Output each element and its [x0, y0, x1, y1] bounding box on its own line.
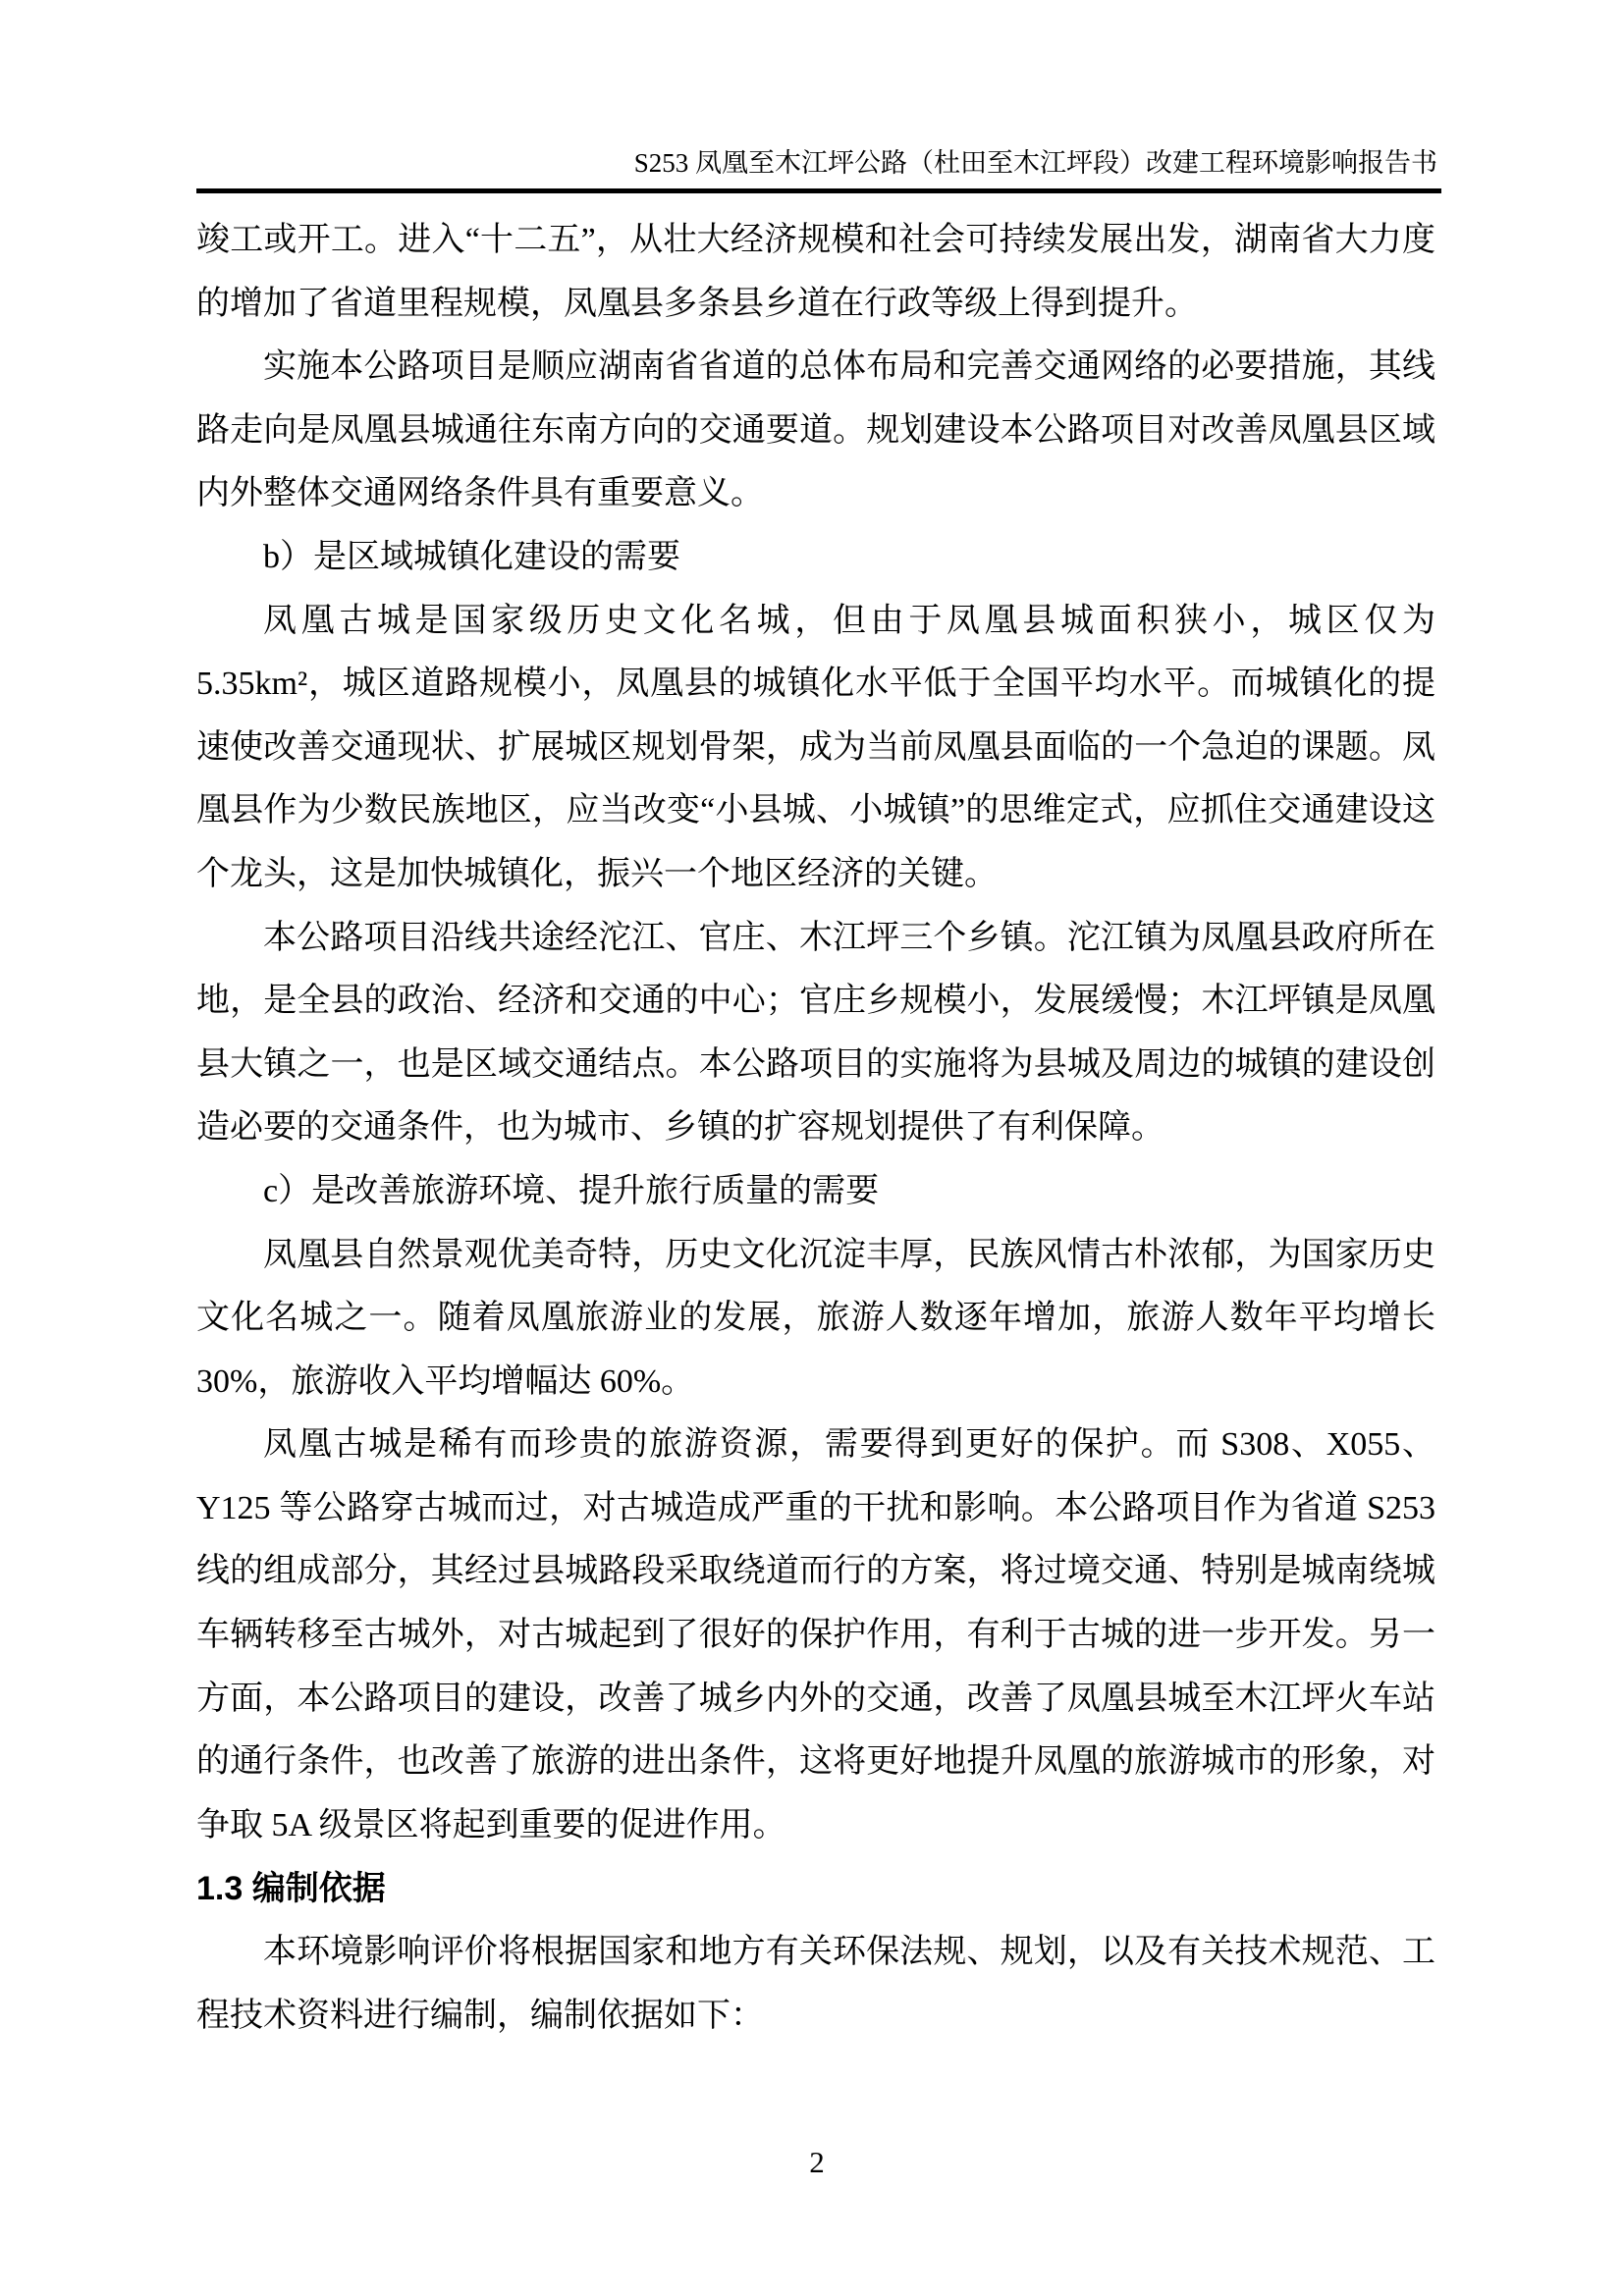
paragraph-continuation: 竣工或开工。进入“十二五”，从壮大经济规模和社会可持续发展出发，湖南省大力度的增… [196, 209, 1435, 336]
paragraph-ancient-city-protection: 凤凰古城是稀有而珍贵的旅游资源，需要得到更好的保护。而 S308、X055、Y1… [196, 1414, 1435, 1857]
subitem-b-heading: b）是区域城镇化建设的需要 [196, 526, 1435, 590]
document-body: 竣工或开工。进入“十二五”，从壮大经济规模和社会可持续发展出发，湖南省大力度的增… [196, 209, 1435, 2048]
document-page: S253 凤凰至木江坪公路（杜田至木江坪段）改建工程环境影响报告书 竣工或开工。… [0, 0, 1624, 2296]
subitem-c-heading: c）是改善旅游环境、提升旅行质量的需要 [196, 1160, 1435, 1224]
paragraph-project-implementation: 实施本公路项目是顺应湖南省省道的总体布局和完善交通网络的必要措施，其线路走向是凤… [196, 336, 1435, 526]
page-header-title: S253 凤凰至木江坪公路（杜田至木江坪段）改建工程环境影响报告书 [196, 143, 1437, 183]
page-number: 2 [196, 2145, 1437, 2180]
header-rule [196, 188, 1441, 193]
paragraph-townships: 本公路项目沿线共途经沱江、官庄、木江坪三个乡镇。沱江镇为凤凰县政府所在地，是全县… [196, 907, 1435, 1160]
paragraph-tourism-growth: 凤凰县自然景观优美奇特，历史文化沉淀丰厚，民族风情古朴浓郁，为国家历史文化名城之… [196, 1224, 1435, 1415]
section-heading-1-3: 1.3 编制依据 [196, 1857, 1435, 1921]
paragraph-compilation-basis: 本环境影响评价将根据国家和地方有关环保法规、规划，以及有关技术规范、工程技术资料… [196, 1921, 1435, 2048]
paragraph-urbanization: 凤凰古城是国家级历史文化名城，但由于凤凰县城面积狭小，城区仅为 5.35km²，… [196, 590, 1435, 907]
